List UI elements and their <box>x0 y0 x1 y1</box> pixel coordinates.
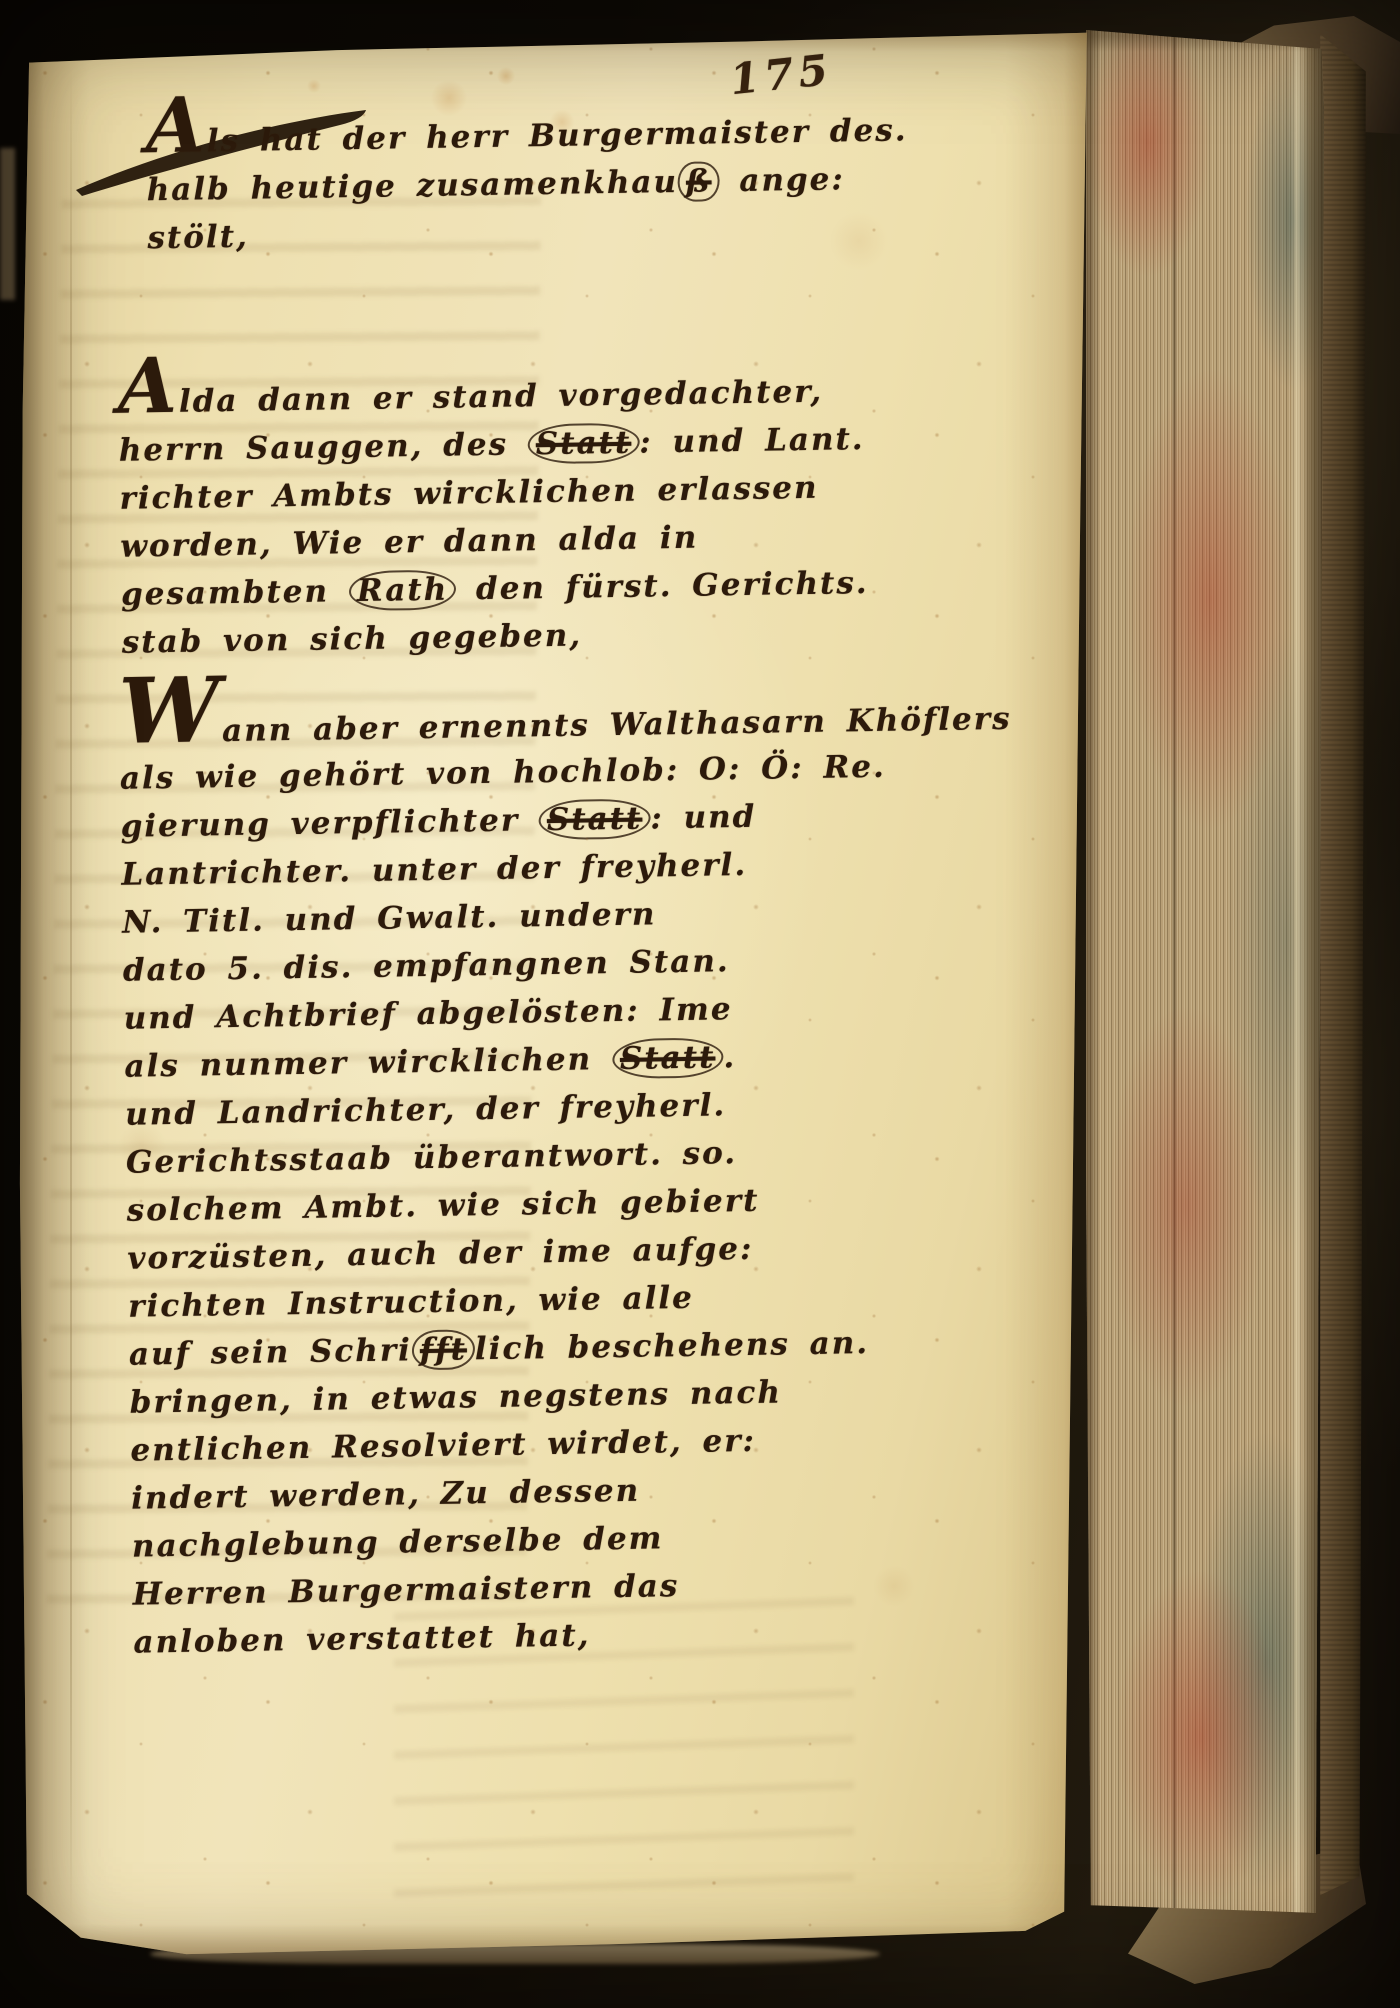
gutter-page-sliver <box>0 148 15 300</box>
struck-word: fft <box>412 1329 476 1370</box>
text-segment: nachglebung derselbe dem <box>132 1520 664 1564</box>
leather-cover-edge-band <box>1320 34 1366 1914</box>
text-segment: richten Instruction, wie alle <box>128 1280 694 1325</box>
text-segment: stölt, <box>147 219 249 257</box>
manuscript-page: 175 Als hat der herr Burgermaister des.h… <box>14 26 1090 1956</box>
text-segment: ange: <box>719 161 845 199</box>
text-segment: herrn Sauggen, des <box>118 426 528 468</box>
handwritten-text: Als hat der herr Burgermaister des.halb … <box>12 11 1118 1958</box>
struck-word: Statt <box>539 798 651 840</box>
paragraph-3: Wann aber ernennts Walthasarn Khöflersal… <box>119 699 1026 1673</box>
text-segment: gesambten <box>121 573 349 613</box>
text-segment: stab von sich gegeben, <box>122 617 583 660</box>
text-segment: N. Titl. und Gwalt. undern <box>122 896 657 940</box>
text-segment: anloben verstattet hat, <box>133 1617 590 1660</box>
drop-cap-initial: A <box>117 341 179 431</box>
drop-cap-initial: A <box>145 80 207 170</box>
text-segment: lich beschehens an. <box>475 1325 870 1367</box>
text-segment: . <box>723 1039 736 1075</box>
text-segment: indert werden, Zu dessen <box>131 1473 640 1517</box>
drop-cap-initial: W <box>118 658 223 765</box>
text-segment: worden, Wie er dann alda in <box>120 520 698 565</box>
circled-word: Rath <box>348 569 456 611</box>
text-segment: : und <box>650 799 757 837</box>
text-segment: Herren Burgermaistern das <box>132 1568 679 1613</box>
text-segment: gierung verpflichter <box>120 802 539 845</box>
text-segment: als nunmer wircklichen <box>124 1041 612 1085</box>
struck-word: Statt <box>612 1037 724 1079</box>
struck-word: ß <box>678 161 720 202</box>
text-segment: lda dann er stand vorgedachter, <box>179 374 824 420</box>
text-segment: auf sein Schri <box>129 1332 412 1372</box>
paragraph-1: Als hat der herr Burgermaister des.halb … <box>146 112 910 268</box>
text-segment: halb heutige zusamenkhau <box>146 164 678 208</box>
paragraph-2: Alda dann er stand vorgedachter,herrn Sa… <box>118 373 870 673</box>
struck-word: Statt <box>528 423 640 465</box>
text-segment: : und Lant. <box>639 421 865 461</box>
text-segment: ann aber ernennts Walthasarn Khöflers <box>222 701 1012 749</box>
photo-background: 175 Als hat der herr Burgermaister des.h… <box>0 0 1400 2008</box>
text-segment: den fürst. Gerichts. <box>456 565 869 607</box>
book-fore-edge <box>1086 30 1324 1928</box>
text-segment: ls hat der herr Burgermaister des. <box>207 112 908 159</box>
